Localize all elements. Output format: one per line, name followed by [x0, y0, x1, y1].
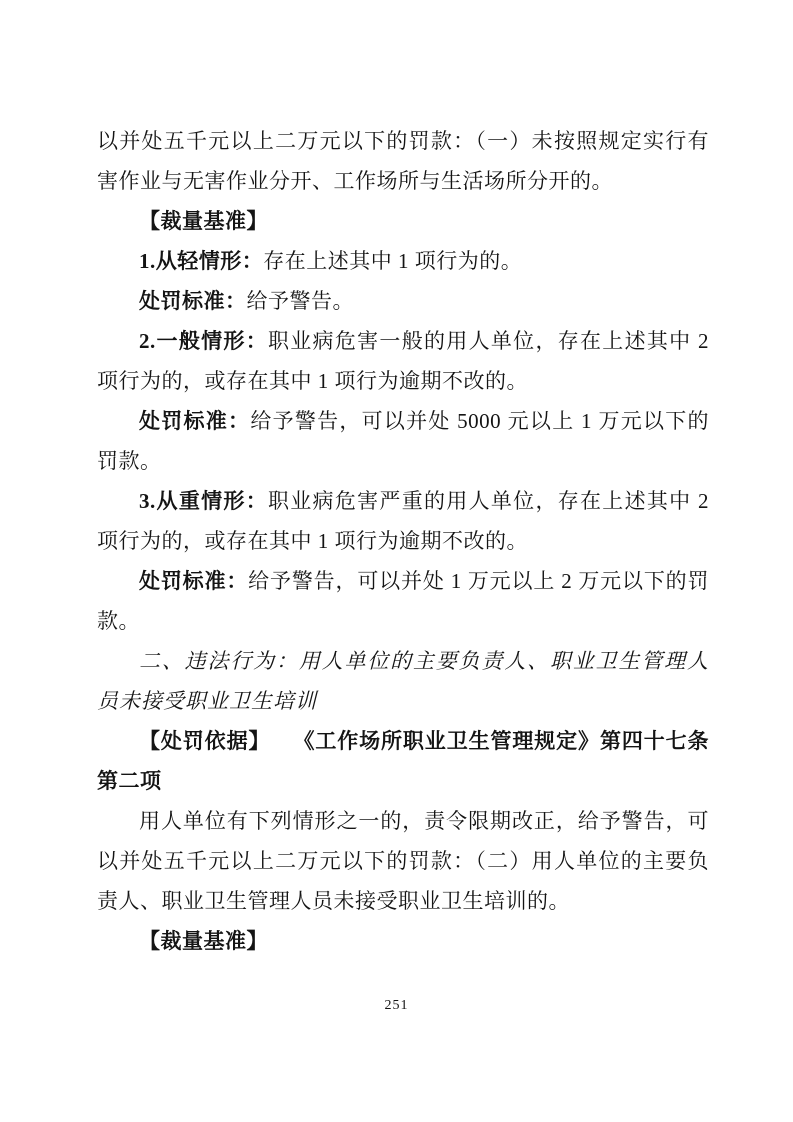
- paragraph-illegal-act-2: 二、违法行为：用人单位的主要负责人、职业卫生管理人员未接受职业卫生培训: [97, 641, 709, 721]
- paragraph-general-penalty-standard: 处罚标准：给予警告，可以并处 5000 元以上 1 万元以下的罚款。: [97, 401, 709, 481]
- paragraph-regulation-quote: 用人单位有下列情形之一的，责令限期改正，给予警告，可以并处五千元以上二万元以下的…: [97, 801, 709, 921]
- lead-in-label: 2.一般情形：: [139, 329, 268, 353]
- body-text: 存在上述其中 1 项行为的。: [263, 249, 522, 273]
- lead-in-label: 1.从轻情形：: [139, 249, 263, 273]
- page-number: 251: [0, 998, 793, 1014]
- lead-in-label: 处罚标准：: [139, 569, 248, 593]
- paragraph-lenient-case: 1.从轻情形：存在上述其中 1 项行为的。: [97, 241, 709, 281]
- lead-in-label: 处罚标准：: [139, 409, 250, 433]
- document-page: 以并处五千元以上二万元以下的罚款：（一）未按照规定实行有害作业与无害作业分开、工…: [0, 0, 793, 1122]
- body-text: 二、违法行为：用人单位的主要负责人、职业卫生管理人员未接受职业卫生培训: [97, 649, 709, 713]
- heading-text: 【处罚依据】: [139, 729, 270, 753]
- body-text: 以并处五千元以上二万元以下的罚款：（一）未按照规定实行有害作业与无害作业分开、工…: [97, 129, 709, 193]
- heading-discretion-benchmark: 【裁量基准】: [97, 201, 709, 241]
- lead-in-label: 3.从重情形：: [139, 489, 268, 513]
- paragraph-penalty-basis: 【处罚依据】《工作场所职业卫生管理规定》第四十七条第二项: [97, 721, 709, 801]
- paragraph-severe-penalty-standard: 处罚标准：给予警告，可以并处 1 万元以上 2 万元以下的罚款。: [97, 561, 709, 641]
- heading-text: 【裁量基准】: [139, 209, 268, 233]
- paragraph-severe-case: 3.从重情形：职业病危害严重的用人单位，存在上述其中 2 项行为的，或存在其中 …: [97, 481, 709, 561]
- heading-text: 【裁量基准】: [139, 929, 268, 953]
- body-text: 给予警告。: [247, 289, 355, 313]
- paragraph-general-case: 2.一般情形：职业病危害一般的用人单位，存在上述其中 2 项行为的，或存在其中 …: [97, 321, 709, 401]
- lead-in-label: 处罚标准：: [139, 289, 247, 313]
- paragraph-lenient-penalty-standard: 处罚标准：给予警告。: [97, 281, 709, 321]
- document-body: 以并处五千元以上二万元以下的罚款：（一）未按照规定实行有害作业与无害作业分开、工…: [97, 121, 709, 961]
- heading-discretion-benchmark: 【裁量基准】: [97, 921, 709, 961]
- paragraph-continued-penalty-text: 以并处五千元以上二万元以下的罚款：（一）未按照规定实行有害作业与无害作业分开、工…: [97, 121, 709, 201]
- body-text: 用人单位有下列情形之一的，责令限期改正，给予警告，可以并处五千元以上二万元以下的…: [97, 809, 709, 913]
